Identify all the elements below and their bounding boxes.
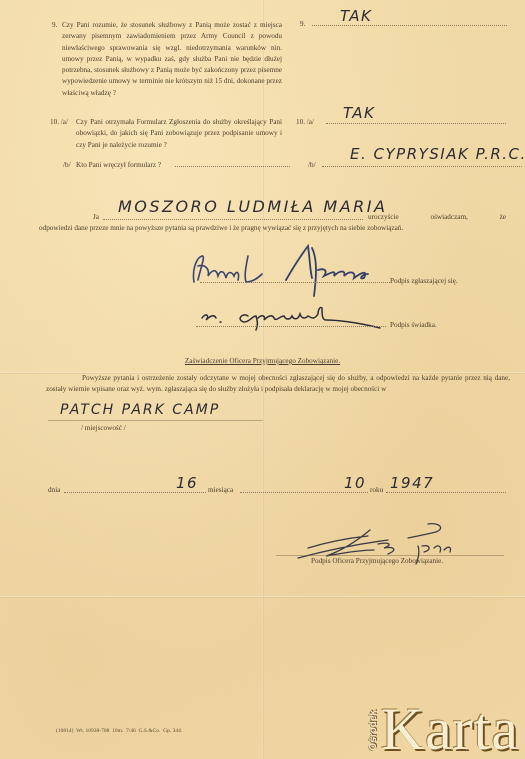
answer-9-value: TAK <box>340 7 372 25</box>
answer-10b-value: E. CYPRYSIAK P.R.C. <box>350 145 525 163</box>
applicant-signature-label: Podpis zgłaszającej się. <box>390 276 458 287</box>
day-value: 16 <box>176 474 198 492</box>
place-label: / miejscowość / <box>81 423 126 434</box>
year-value: 1947 <box>390 474 434 492</box>
answer-10a-value: TAK <box>343 104 375 122</box>
declaration-suffix: uroczyście oświadczam, że <box>368 212 506 223</box>
witness-signature-line <box>196 326 386 327</box>
declaration-prefix: Ja <box>93 212 99 223</box>
answer-10b-line <box>322 166 522 167</box>
witness-signature <box>196 302 386 332</box>
month-label: miesiąca <box>208 485 233 496</box>
answer-10a-line <box>326 123 506 124</box>
question-9-number: 9. <box>52 20 62 31</box>
question-10b-line <box>175 166 290 167</box>
answer-9-label: 9. <box>300 19 305 30</box>
question-10a-text: Czy Pani otrzymała Formularz Zgłoszenia … <box>76 117 282 151</box>
footer-print-code: (10814) Wt. 10938-708 10m. 7/46 G.S.&Co.… <box>56 726 182 737</box>
answer-10a-label: 10. /a/ <box>296 117 314 128</box>
watermark-small-text: Ośrodek <box>368 710 379 751</box>
certificate-text: Powyższe pytania i ostrzeżenie zostały o… <box>46 373 510 396</box>
question-10b-text: Kto Pani wręczył formularz ? <box>76 160 161 171</box>
watermark-logo: Ośrodek Karta <box>368 701 519 757</box>
watermark-big-text: Karta <box>381 701 519 757</box>
applicant-signature <box>186 240 386 300</box>
certificate-title-wrap: Zaświadczenie Oficera Przyjmującego Zobo… <box>0 356 525 367</box>
day-line <box>64 492 206 493</box>
question-10a-number: 10. /a/ <box>50 117 76 128</box>
officer-signature-label: Podpis Oficera Przyjmującego Zobowiązani… <box>311 556 443 567</box>
answer-10b-label: /b/ <box>308 160 316 171</box>
certificate-title: Zaświadczenie Oficera Przyjmującego Zobo… <box>185 357 340 365</box>
question-9-text: Czy Pani rozumie, że stosunek służbowy z… <box>62 20 282 99</box>
answer-9-line <box>312 25 507 26</box>
witness-signature-label: Podpis świadka. <box>390 320 437 331</box>
declaration-name: MOSZORO LUDMIŁA MARIA <box>118 197 387 216</box>
applicant-signature-line <box>200 282 390 283</box>
month-line <box>240 492 368 493</box>
applicant-signature-icon <box>186 240 386 300</box>
year-line <box>386 492 506 493</box>
place-value: PATCH PARK CAMP <box>60 402 220 418</box>
year-label: roku <box>370 485 383 496</box>
day-label: dnia <box>48 485 60 496</box>
question-10b-number: /b/ <box>63 160 71 171</box>
place-line <box>48 420 263 421</box>
declaration-continuation: odpowiedzi dane przeze mnie na powyższe … <box>39 223 509 234</box>
declaration-name-line <box>103 219 363 220</box>
month-value: 10 <box>344 474 366 492</box>
witness-signature-icon <box>196 302 386 332</box>
